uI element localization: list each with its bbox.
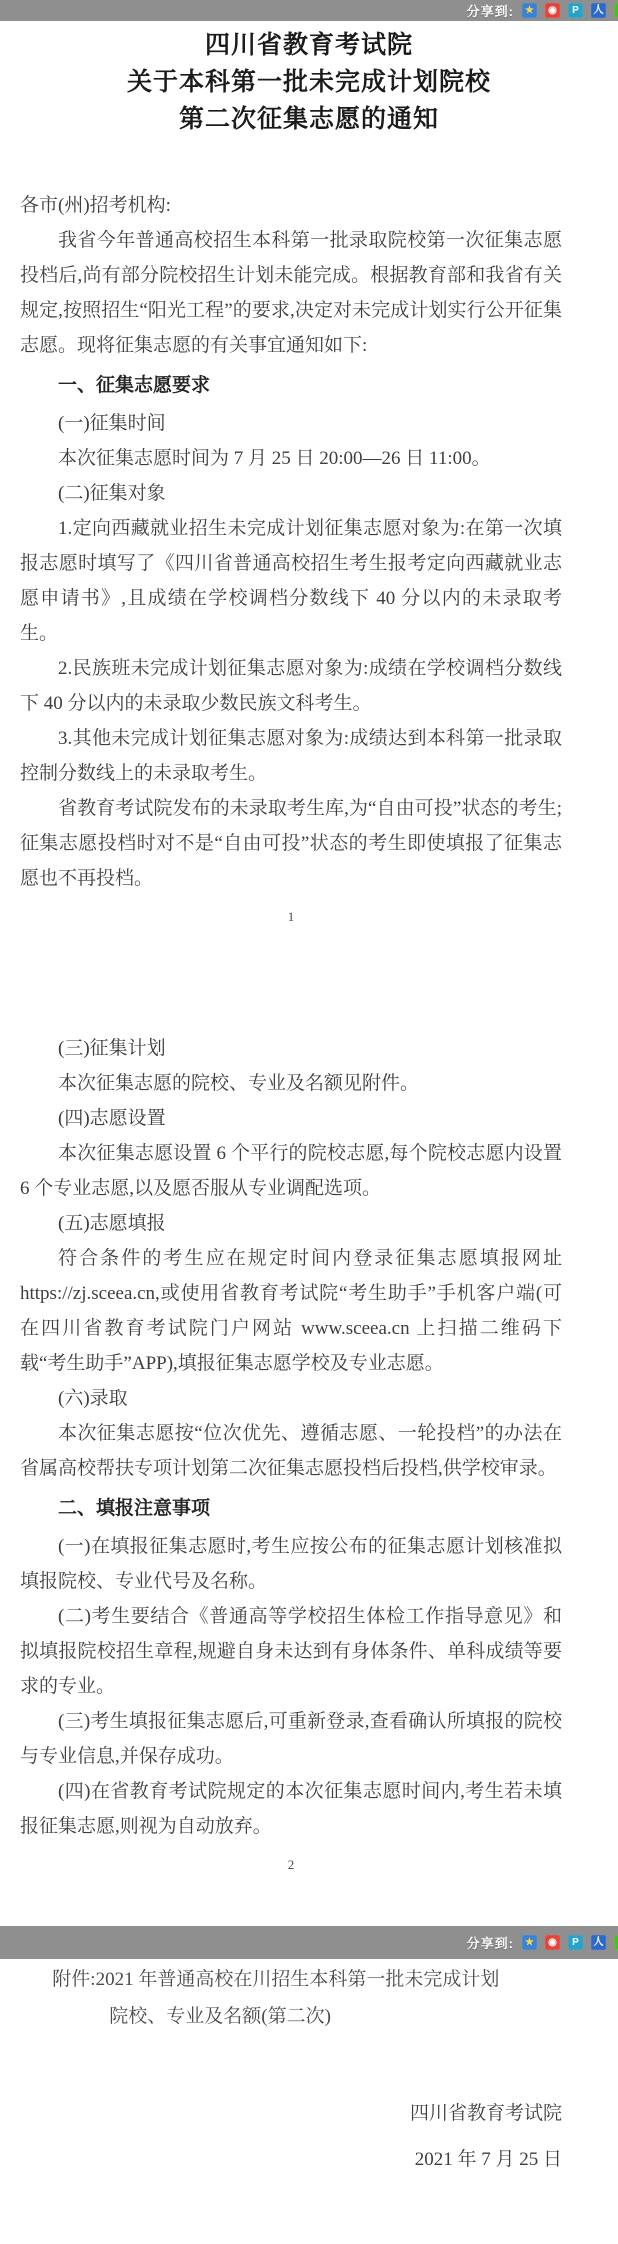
salutation: 各市(州)招考机构:: [20, 188, 562, 223]
renren-icon[interactable]: 人: [591, 3, 606, 18]
doc-body: 各市(州)招考机构: 我省今年普通高校招生本科第一批录取院校第一次征集志愿投档后…: [0, 188, 618, 1880]
title-line-2: 关于本科第一批未完成计划院校: [0, 64, 618, 101]
paragraph: (三)考生填报征集志愿后,可重新登录,查看确认所填报的院校与专业信息,并保存成功…: [20, 1704, 562, 1774]
share-label: 分享到:: [467, 1933, 514, 1952]
sub-heading: (三)征集计划: [20, 1031, 562, 1066]
section-heading: 二、填报注意事项: [20, 1491, 562, 1526]
page-2-blocks: (三)征集计划本次征集志愿的院校、专业及名额见附件。(四)志愿设置本次征集志愿设…: [20, 1031, 562, 1844]
renren-icon[interactable]: 人: [591, 1935, 606, 1950]
sub-heading: (一)征集时间: [20, 406, 562, 441]
pengyou-icon[interactable]: P: [568, 1935, 583, 1950]
signature-block: 四川省教育考试院 2021 年 7 月 25 日: [0, 2099, 618, 2175]
attachment-line-1: 附件:2021 年普通高校在川招生本科第一批未完成计划: [20, 1961, 562, 1998]
pengyou-icon[interactable]: P: [568, 3, 583, 18]
paragraph: 本次征集志愿的院校、专业及名额见附件。: [20, 1066, 562, 1101]
qzone-icon[interactable]: ★: [522, 1935, 537, 1950]
paragraph: 我省今年普通高校招生本科第一批录取院校第一次征集志愿投档后,尚有部分院校招生计划…: [20, 223, 562, 363]
sub-heading: (四)志愿设置: [20, 1101, 562, 1136]
sub-heading: (五)志愿填报: [20, 1206, 562, 1241]
issue-date: 2021 年 7 月 25 日: [20, 2145, 562, 2175]
paragraph: 1.定向西藏就业招生未完成计划征集志愿对象为:在第一次填报志愿时填写了《四川省普…: [20, 511, 562, 651]
page-1-blocks: 我省今年普通高校招生本科第一批录取院校第一次征集志愿投档后,尚有部分院校招生计划…: [20, 223, 562, 896]
title-line-3: 第二次征集志愿的通知: [0, 101, 618, 138]
share-bar-bottom: 分享到: ★◉P人+: [0, 1926, 618, 1959]
paragraph: (二)考生要结合《普通高等学校招生体检工作指导意见》和拟填报院校招生章程,规避自…: [20, 1599, 562, 1704]
share-bar-top: 分享到: ★◉P人+: [0, 0, 618, 21]
paragraph: 本次征集志愿设置 6 个平行的院校志愿,每个院校志愿内设置 6 个专业志愿,以及…: [20, 1136, 562, 1206]
paragraph: 本次征集志愿时间为 7 月 25 日 20:00—26 日 11:00。: [20, 441, 562, 476]
paragraph: 符合条件的考生应在规定时间内登录征集志愿填报网址 https://zj.scee…: [20, 1241, 562, 1381]
attachment-note: 附件:2021 年普通高校在川招生本科第一批未完成计划 院校、专业及名额(第二次…: [0, 1959, 618, 2035]
page-title: 四川省教育考试院 关于本科第一批未完成计划院校 第二次征集志愿的通知: [0, 27, 618, 138]
title-line-1: 四川省教育考试院: [0, 27, 618, 64]
page-number-1: 1: [20, 902, 562, 932]
sina-weibo-icon[interactable]: ◉: [545, 3, 560, 18]
sina-weibo-icon[interactable]: ◉: [545, 1935, 560, 1950]
paragraph: 本次征集志愿按“位次优先、遵循志愿、一轮投档”的办法在省属高校帮扶专项计划第二次…: [20, 1416, 562, 1486]
sub-heading: (二)征集对象: [20, 476, 562, 511]
section-heading: 一、征集志愿要求: [20, 368, 562, 403]
attachment-line-2: 院校、专业及名额(第二次): [109, 1998, 562, 2035]
document-page: 分享到: ★◉P人+ 四川省教育考试院 关于本科第一批未完成计划院校 第二次征集…: [0, 0, 618, 2244]
share-label: 分享到:: [467, 1, 514, 20]
page-number-2: 2: [20, 1850, 562, 1880]
issuer-name: 四川省教育考试院: [20, 2099, 562, 2129]
sub-heading: (六)录取: [20, 1381, 562, 1416]
share-icons-top: ★◉P人+: [522, 3, 618, 18]
paragraph: 2.民族班未完成计划征集志愿对象为:成绩在学校调档分数线下 40 分以内的未录取…: [20, 651, 562, 721]
qzone-icon[interactable]: ★: [522, 3, 537, 18]
share-icons-bottom: ★◉P人+: [522, 1935, 618, 1950]
paragraph: (四)在省教育考试院规定的本次征集志愿时间内,考生若未填报征集志愿,则视为自动放…: [20, 1774, 562, 1844]
paragraph: 省教育考试院发布的未录取考生库,为“自由可投”状态的考生;征集志愿投档时对不是“…: [20, 791, 562, 896]
page-break: [20, 945, 562, 1031]
paragraph: 3.其他未完成计划征集志愿对象为:成绩达到本科第一批录取控制分数线上的未录取考生…: [20, 721, 562, 791]
more-share-icon[interactable]: +: [614, 3, 618, 18]
more-share-icon[interactable]: +: [614, 1935, 618, 1950]
paragraph: (一)在填报征集志愿时,考生应按公布的征集志愿计划核准拟填报院校、专业代号及名称…: [20, 1529, 562, 1599]
